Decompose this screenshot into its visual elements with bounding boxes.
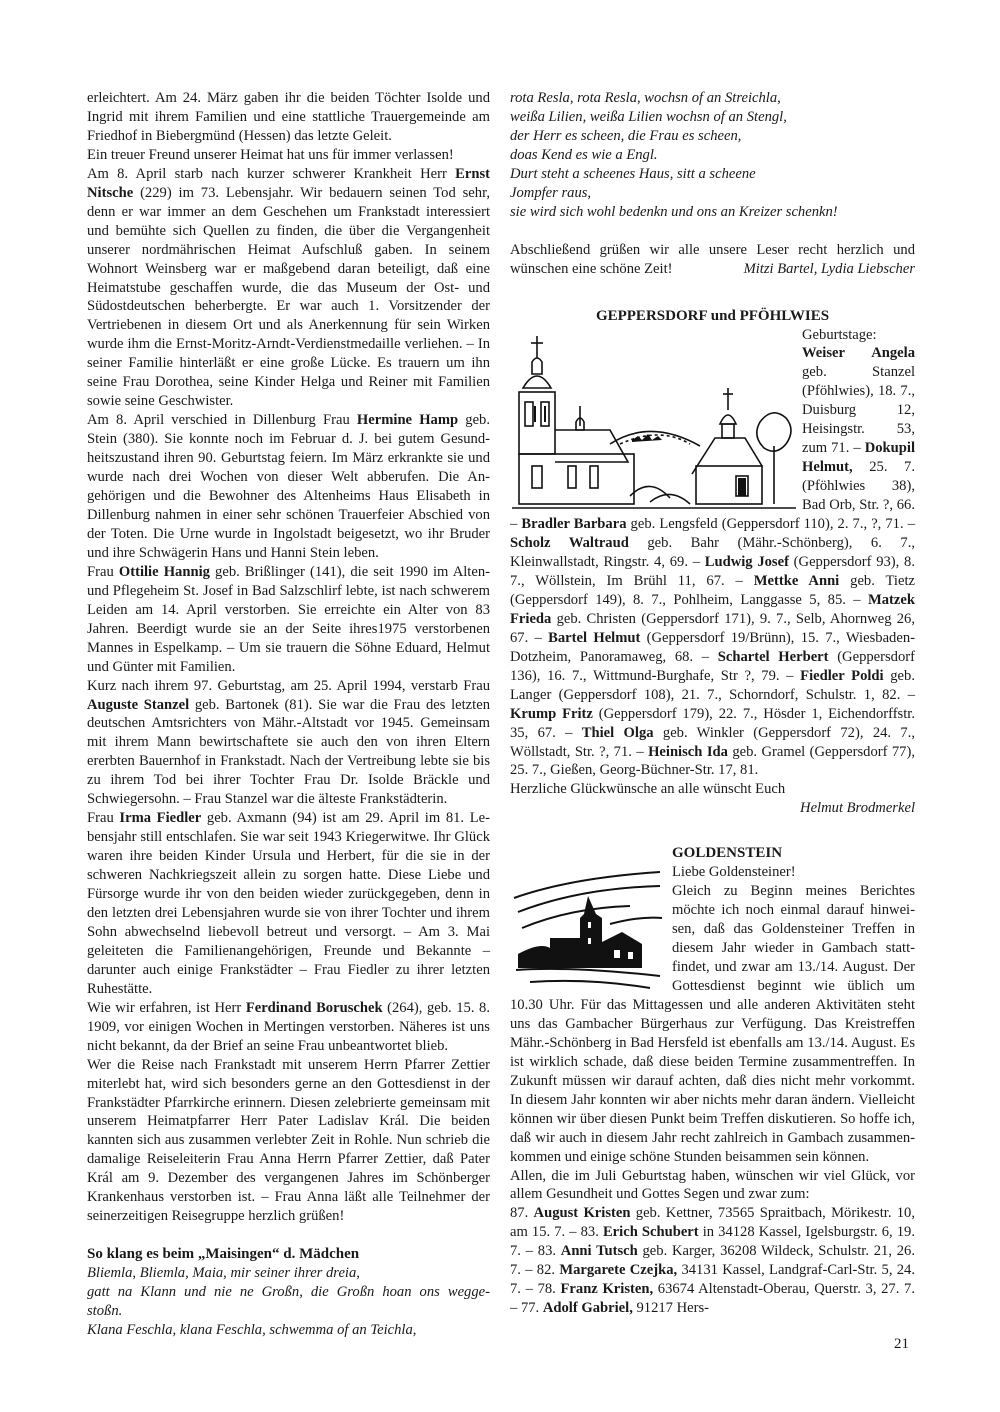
page-number: 21	[894, 1336, 909, 1353]
song-line: Bliemla, Bliemla, Maia, mir seiner ihrer…	[87, 1264, 490, 1283]
song-continued: rota Resla, rota Resla, wochsn of an Str…	[510, 89, 915, 222]
person-name: Franz Kristen,	[561, 1281, 654, 1297]
section-spacer	[510, 818, 915, 844]
person-name: Adolf Gabriel,	[543, 1300, 633, 1316]
obituaries-section: erleichtert. Am 24. März gaben ihr die b…	[87, 89, 490, 1226]
person-name: Heinisch Ida	[648, 744, 728, 760]
person-name: Hermine Hamp	[357, 412, 458, 428]
church-icon	[510, 326, 798, 512]
paragraph: Am 8. April starb nach kurzer schwerer K…	[87, 165, 490, 411]
church-village-illustration	[510, 326, 798, 512]
text-run: Kurz nach ihrem 97. Geburtstag, am 25. A…	[87, 678, 490, 694]
text-run: Am 8. April starb nach kurzer schwerer K…	[87, 166, 455, 182]
text-run: erleichtert. Am 24. März gaben ihr die b…	[87, 90, 490, 144]
geppersdorf-body: Geburtstage: Weiser Angela geb. Stanzel …	[510, 326, 915, 781]
closing-greeting: Abschließend grüßen wir alle unsere Lese…	[510, 241, 915, 279]
song-line: Klana Feschla, klana Feschla, schwemma o…	[87, 1321, 490, 1340]
person-name: Auguste Stanzel	[87, 697, 189, 713]
paragraph: Wie wir erfahren, ist Herr Ferdinand Bor…	[87, 999, 490, 1056]
goldenstein-birthdays: 87. August Kristen geb. Kettner, 73565 S…	[510, 1204, 915, 1318]
left-column: erleichtert. Am 24. März gaben ihr die b…	[87, 89, 490, 1340]
text-run: Am 8. April verschied in Dillenburg Frau	[87, 412, 357, 428]
closing-signature: Mitzi Bartel, Lydia Liebscher	[744, 260, 915, 279]
paragraph: Kurz nach ihrem 97. Geburtstag, am 25. A…	[87, 677, 490, 810]
goldenstein-birthday-intro: Allen, die im Juli Geburtstag haben, wün…	[510, 1167, 915, 1205]
person-name: Ferdinand Boruschek	[246, 1000, 383, 1016]
text-run: 87.	[510, 1205, 534, 1221]
person-name: August Kristen	[534, 1205, 631, 1221]
text-run: geb. Bartonek (81). Sie war die Frau des…	[87, 697, 490, 808]
text-run: geb. Axmann (94) ist am 29. April im 81.…	[87, 810, 490, 997]
paragraph: erleichtert. Am 24. März gaben ihr die b…	[87, 89, 490, 146]
paragraph: Am 8. April verschied in Dillenburg Frau…	[87, 411, 490, 563]
person-name: Margarete Czejka,	[559, 1262, 677, 1278]
geppersdorf-signature: Helmut Brodmerkel	[510, 799, 915, 818]
text-run: Frau	[87, 564, 119, 580]
paragraph: Ein treuer Freund unserer Heimat hat uns…	[87, 146, 490, 165]
goldenstein-section: GOLDENSTEIN Liebe Goldensteiner! Gleich …	[510, 844, 915, 1318]
text-run: geb. Lengsfeld (Geppersdorf 110), 2. 7.,…	[627, 516, 916, 532]
person-name: Fiedler Poldi	[800, 668, 883, 684]
closing-text-line2: wünschen eine schöne Zeit!	[510, 260, 673, 279]
song-line: doas Kend es wie a Engl.	[510, 146, 915, 165]
text-run: Wie wir erfahren, ist Herr	[87, 1000, 246, 1016]
song-line: rota Resla, rota Resla, wochsn of an Str…	[510, 89, 915, 108]
song-lines: Bliemla, Bliemla, Maia, mir seiner ihrer…	[87, 1264, 490, 1340]
text-run: Ein treuer Freund unserer Heimat hat uns…	[87, 147, 454, 163]
person-name: Weiser Angela	[802, 345, 915, 361]
song-line: der Herr es scheen, die Frau es scheen,	[510, 127, 915, 146]
closing-text-line1: Abschließend grüßen wir alle unsere Lese…	[510, 241, 915, 260]
maisingen-song: So klang es beim „Maisingen“ d. Mädchen …	[87, 1245, 490, 1340]
person-name: Erich Schubert	[603, 1224, 699, 1240]
song-line: sie wird sich wohl bedenkn und ons an Kr…	[510, 203, 915, 222]
person-name: Scholz Waltraud	[510, 535, 629, 551]
geppersdorf-section: GEPPERSDORF und PFÖHLWIES	[510, 307, 915, 819]
goldenstein-body: GOLDENSTEIN Liebe Goldensteiner! Gleich …	[510, 844, 915, 1166]
song-line: stoßn.	[87, 1302, 490, 1321]
text-run: Frau	[87, 810, 119, 826]
person-name: Ottilie Hannig	[119, 564, 210, 580]
song-line: Jompfer raus,	[510, 184, 915, 203]
person-name: Schartel Herbert	[718, 649, 829, 665]
geppersdorf-heading: GEPPERSDORF und PFÖHLWIES	[510, 307, 915, 326]
paragraph: Frau Ottilie Hannig geb. Brißlinger (141…	[87, 563, 490, 677]
person-name: Thiel Olga	[582, 725, 654, 741]
section-spacer	[510, 279, 915, 307]
right-column: rota Resla, rota Resla, wochsn of an Str…	[510, 89, 915, 1318]
church-tower-icon	[510, 858, 666, 990]
person-name: Bradler Barbara	[521, 516, 626, 532]
person-name: Bar­tel Helmut	[548, 630, 640, 646]
paragraph: Wer die Reise nach Frankstadt mit unsere…	[87, 1056, 490, 1227]
section-spacer	[510, 222, 915, 241]
goldenstein-church-sketch	[510, 844, 670, 984]
text-run: geb. Brißlinger (141), die seit 1990 im …	[87, 564, 490, 675]
song-line: gatt na Klann und nie ne Großn, die Groß…	[87, 1283, 490, 1302]
text-run: geb. Stein (380). Sie konnte noch im Feb…	[87, 412, 490, 561]
song-line: weißa Lilien, weißa Lilien wochsn of an …	[510, 108, 915, 127]
geppersdorf-wishes: Herzliche Glückwünsche an alle wünscht E…	[510, 780, 915, 799]
person-name: Anni Tutsch	[561, 1243, 638, 1259]
person-name: Ludwig Josef	[705, 554, 789, 570]
text-run: 91217 Hers-	[633, 1300, 709, 1316]
closing-line: wünschen eine schöne Zeit! Mitzi Bartel,…	[510, 260, 915, 279]
person-name: Irma Fiedler	[119, 810, 201, 826]
text-run: Wer die Reise nach Frankstadt mit unsere…	[87, 1057, 490, 1225]
person-name: Mettke Anni	[754, 573, 840, 589]
paragraph: Frau Irma Fiedler geb. Axmann (94) ist a…	[87, 809, 490, 999]
section-spacer	[87, 1226, 490, 1245]
text-run: (229) im 73. Lebensjahr. Wir bedauern se…	[87, 185, 490, 409]
person-name: Krump Fritz	[510, 706, 593, 722]
song-heading: So klang es beim „Maisingen“ d. Mädchen	[87, 1245, 490, 1264]
song-line: Durt steht a scheenes Haus, sitt a schee…	[510, 165, 915, 184]
